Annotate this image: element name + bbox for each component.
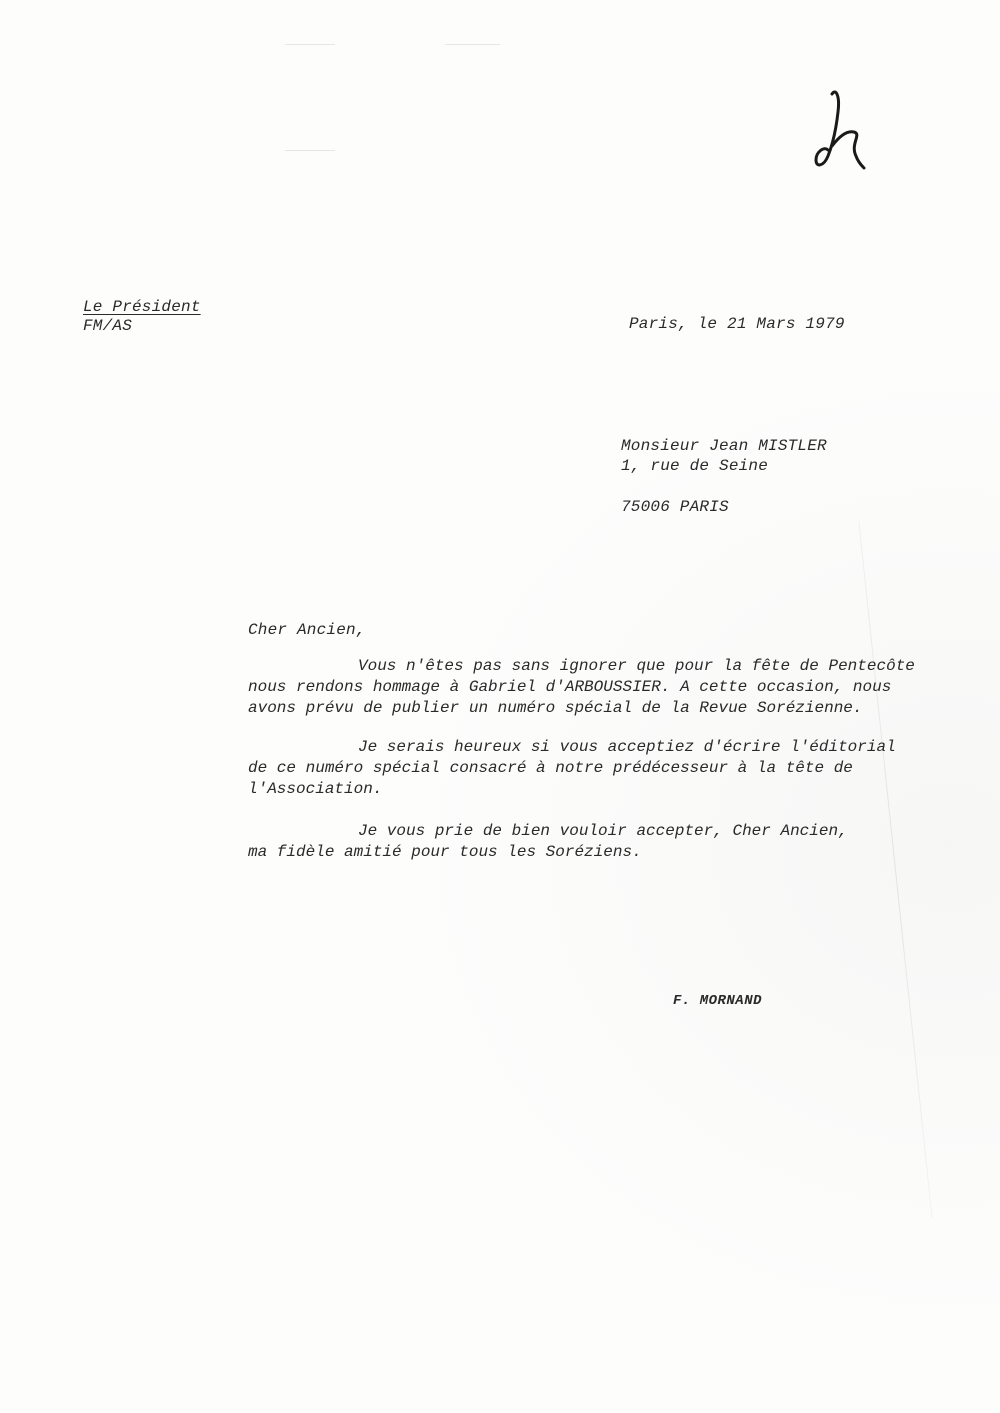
paragraph-line: Vous n'êtes pas sans ignorer que pour la… (248, 656, 968, 677)
place-date: Paris, le 21 Mars 1979 (629, 314, 845, 335)
paragraph-line: avons prévu de publier un numéro spécial… (248, 698, 968, 719)
paragraph-3: Je vous prie de bien vouloir accepter, C… (248, 821, 968, 863)
paper-fold-shadow (858, 522, 932, 1218)
recipient-name: Monsieur Jean MISTLER (621, 436, 827, 457)
paragraph-line: ma fidèle amitié pour tous les Soréziens… (248, 842, 968, 863)
signature: F. MORNAND (673, 991, 762, 1012)
paragraph-1: Vous n'êtes pas sans ignorer que pour la… (248, 656, 968, 719)
sender-title: Le Président (83, 297, 201, 318)
recipient-street: 1, rue de Seine (621, 456, 768, 477)
paragraph-line: Je vous prie de bien vouloir accepter, C… (248, 821, 968, 842)
handwritten-initials-icon (810, 86, 880, 176)
bleed-through-mark (445, 44, 500, 45)
paragraph-2: Je serais heureux si vous acceptiez d'éc… (248, 737, 968, 800)
sender-reference: FM/AS (83, 316, 132, 337)
paragraph-line: l'Association. (248, 779, 968, 800)
bleed-through-mark (285, 150, 335, 151)
salutation: Cher Ancien, (248, 620, 366, 641)
paragraph-line: nous rendons hommage à Gabriel d'ARBOUSS… (248, 677, 968, 698)
letter-page: Le Président FM/AS Paris, le 21 Mars 197… (0, 0, 1000, 1413)
bleed-through-mark (285, 44, 335, 45)
recipient-city: 75006 PARIS (621, 497, 729, 518)
paragraph-line: Je serais heureux si vous acceptiez d'éc… (248, 737, 968, 758)
paragraph-line: de ce numéro spécial consacré à notre pr… (248, 758, 968, 779)
